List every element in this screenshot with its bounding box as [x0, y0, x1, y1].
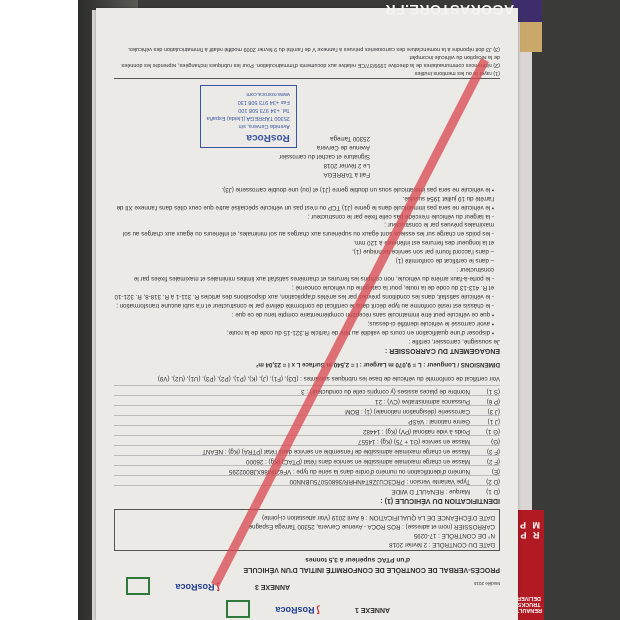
row-text: Poids à vide national (PV) (Kg) : 14482 [363, 426, 470, 435]
brand-logo-top: ⟆RosRoca [275, 603, 320, 616]
row-text: Numéro d'identification ou numéro d'ordr… [229, 466, 470, 475]
address-line: Avenue de Cervera [317, 142, 370, 151]
engagement-heading: ENGAGEMENT DU CARROSSIER : [114, 345, 500, 355]
address-line: 25300 Tarrega [317, 133, 370, 142]
identification-row: (F 2)Masse en charge maximale admissible… [114, 455, 500, 465]
row-text: Puissance administrative (CV) : 21 [375, 396, 470, 405]
row-text: Masse en charge maximale admissible en s… [246, 456, 470, 465]
qualification-expiry: DATE D'ÉCHÉANCE DE LA QUALIFICATION : 6 … [119, 512, 495, 521]
stamp-line: Avenida Cervera, s/n [207, 121, 290, 129]
tan-block [520, 22, 542, 52]
engagement-item: - le châssis est resté conforme au type … [114, 300, 500, 309]
row-code: (E) [476, 466, 500, 475]
signature-block: Fait à TARREGA Le 2 février 2018 Signatu… [114, 85, 500, 177]
engagement-item: - les poids en charge sur les essieux so… [114, 220, 500, 238]
row-code: (G 1) [476, 426, 500, 435]
footnote: (2) références communautaires de la dire… [114, 52, 500, 68]
engagement-item: - le véhicule satisfait, dans les condit… [114, 282, 500, 300]
place: Fait à TARREGA [114, 169, 370, 178]
document-subtitle: d'un PTAC supérieur à 3,5 tonnes [114, 554, 500, 564]
engagement-item: • disposer d'une qualification en cours … [114, 327, 500, 336]
annexe-top: ANNEXE 1 [355, 604, 390, 614]
dimensions: DIMENSIONS / Longueur : L = 9,070 m Larg… [114, 359, 500, 368]
certificate-icon [126, 577, 150, 595]
row-code: (F 3) [476, 446, 500, 455]
row-code: (D 1) [476, 486, 500, 495]
row-code: (J 3) [476, 406, 500, 415]
engagement-item: - le porte-à-faux arrière du véhicule, n… [114, 264, 500, 282]
control-number: N° DE CONTRÔLE : 17-0295 [119, 530, 495, 539]
identification-row: (J 1)Genre national : VASP [114, 415, 500, 425]
stamp-line: Tel. +34 973 508 100 [207, 105, 290, 113]
engagement-item: - la largeur du véhicule n'excède pas ce… [114, 211, 500, 220]
row-code: (S 1) [476, 386, 500, 395]
strip-brand: RENAULT TRUCKS DELIVER [516, 595, 542, 613]
footnote: (3) J3 doit répondre à la nomenclature d… [114, 44, 500, 52]
engagement-item: • que ce véhicule peut être immatriculé … [114, 309, 500, 318]
signature-label: Signature et cachet du carrossier [114, 151, 370, 160]
row-text: Masse en charge maximale admissible de l… [202, 446, 470, 455]
identification-row: (S 1)Nombre de places assises (y compris… [114, 385, 500, 395]
engagement-item: et la longueur des ferrures est inférieu… [114, 237, 500, 246]
footnote: (1) rayer la ou les mentions inutiles [114, 68, 500, 76]
engagement-list: • disposer d'une qualification en cours … [114, 184, 500, 337]
identification-row: (G)Masse en service (G1 + 75) (Kg) : 145… [114, 435, 500, 445]
watermark: AGORASTORE.FR [385, 2, 545, 18]
identification-heading: IDENTIFICATION DU VÉHICULE (1) : [114, 495, 500, 505]
document-content: ⟆RosRoca ANNEXE 1 ⟆RosRoca ANNEXE 3 Modè… [96, 8, 518, 620]
identification-row: (E)Numéro d'identification ou numéro d'o… [114, 465, 500, 475]
row-text: Nombre de places assises (y compris cell… [301, 386, 470, 395]
strip-letters: R P M P [516, 520, 542, 540]
rosroca-mark-icon: ⟆ [316, 605, 320, 615]
identification-row: (P 6)Puissance administrative (CV) : 21 [114, 395, 500, 405]
stamp-line: 25300 TÀRREGA (Lleida) España [207, 113, 290, 121]
row-text: Marque : RENAULT D WIDE [391, 486, 470, 495]
engagement-item: – dans le certificat de conformité (1) [114, 255, 500, 264]
row-code: (J 1) [476, 416, 500, 425]
footnotes: (1) rayer la ou les mentions inutiles (2… [114, 44, 500, 79]
signature-date: Le 2 février 2018 [114, 160, 370, 169]
control-date: DATE DU CONTRÔLE : 2 février 2018 [119, 539, 495, 548]
engagement-item: • le véhicule ne sera pas immatriculé so… [114, 184, 500, 193]
row-text: Genre national : VASP [408, 416, 470, 425]
document-title: PROCÈS-VERBAL DE CONTRÔLE DE CONFORMITÉ … [114, 564, 500, 574]
row-code: (F 2) [476, 456, 500, 465]
identification-row: (D 2)Type Variante Version : PRC3CUJZ6T4… [114, 475, 500, 485]
identification-row: (J 3)Carrosserie (désignation nationale)… [114, 405, 500, 415]
row-code: (P 6) [476, 396, 500, 405]
engagement-item: – dans l'accord fourni par son service t… [114, 246, 500, 255]
stamp-line: www.rosroca.com [207, 89, 290, 97]
engagement-intro: Je soussigné, carrossier, certifie : [114, 336, 500, 345]
identification-row: (F 3)Masse en charge maximale admissible… [114, 445, 500, 455]
address: Avenue de Cervera 25300 Tarrega [317, 85, 370, 150]
row-code: (G) [476, 436, 500, 445]
company-stamp: RosRoca Avenida Cervera, s/n 25300 TÀRRE… [200, 85, 297, 147]
annexe-label: ANNEXE 3 [255, 581, 290, 591]
identification-list: (D 1)Marque : RENAULT D WIDE(D 2)Type Va… [114, 385, 500, 495]
engagement-item: • le véhicule ne sera pas immatriculé da… [114, 193, 500, 211]
document-page: ⟆RosRoca ANNEXE 1 ⟆RosRoca ANNEXE 3 Modè… [96, 8, 518, 620]
stamp-line: Fax +34 973 508 130 [207, 97, 290, 105]
stamp-brand: RosRoca [246, 132, 289, 143]
row-text: Carrosserie (désignation nationale) (1) … [345, 406, 470, 415]
certificate-icon [226, 600, 250, 618]
cert-note: Voir certificat de conformité du véhicul… [114, 373, 500, 382]
brand-logo: ⟆RosRoca [175, 580, 220, 593]
model-note: Modèle 2015 [474, 579, 500, 586]
row-text: Masse en service (G1 + 75) (Kg) : 14557 [358, 436, 470, 445]
bodybuilder: CARROSSIER (nom et adresse) : ROS ROCA -… [119, 521, 495, 530]
rosroca-mark-icon: ⟆ [216, 582, 220, 592]
engagement-item: • avoir carrossé le véhicule identifié c… [114, 318, 500, 327]
identification-row: (G 1)Poids à vide national (PV) (Kg) : 1… [114, 425, 500, 435]
row-code: (D 2) [476, 476, 500, 485]
control-info-box: DATE DU CONTRÔLE : 2 février 2018 N° DE … [114, 509, 500, 551]
row-text: Type Variante Version : PRC3CUJZ6T4NHRR/… [290, 476, 470, 485]
identification-row: (D 1)Marque : RENAULT D WIDE [114, 485, 500, 495]
